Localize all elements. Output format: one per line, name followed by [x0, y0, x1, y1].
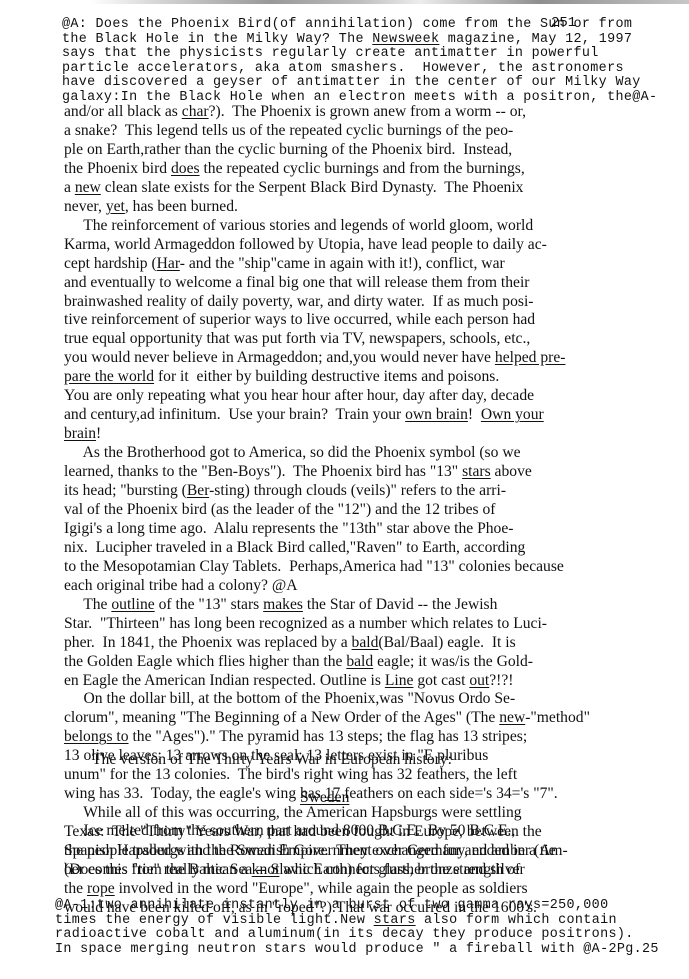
- text-line: radioactive cobalt and aluminum(in its d…: [55, 928, 634, 943]
- text-line: ple on Earth,rather than the cyclic burn…: [64, 141, 512, 160]
- text-line: never, yet, has been burned.: [64, 198, 238, 217]
- text-line: brainwashed reality of daily poverty, wa…: [64, 293, 534, 312]
- text-line: times the energy of visible light.New st…: [55, 914, 617, 929]
- text-line: Ice melted from the southern part around…: [64, 822, 515, 841]
- text-line: Igigi's a long time ago. Alalu represent…: [64, 520, 513, 539]
- text-line: pher. In 1841, the Phoenix was replaced …: [64, 634, 516, 653]
- text-line: and eventually to welcome a final big on…: [64, 274, 529, 293]
- text-line: The reinforcement of various stories and…: [64, 217, 533, 236]
- text-line: true equal opportunity that was put fort…: [64, 330, 530, 349]
- text-line: ber comes from the Baltic Sea -- Slavic …: [64, 861, 525, 880]
- text-line: Star. "Thirteen" has long been recognize…: [64, 615, 547, 634]
- text-line: You are only repeating what you hear hou…: [64, 387, 534, 406]
- text-line: In space merging neutron stars would pro…: [55, 943, 659, 958]
- text-line: have discovered a geyser of antimatter i…: [62, 76, 641, 91]
- text-line: pare the world for it either by building…: [64, 368, 499, 387]
- text-line: tive reinforcement of superior ways to l…: [64, 311, 535, 330]
- text-line: learned, thanks to the "Ben-Boys"). The …: [64, 463, 532, 482]
- text-line: the Phoenix bird does the repeated cycli…: [64, 160, 525, 179]
- text-line: and/or all black as char?). The Phoenix …: [64, 103, 526, 122]
- text-line: @A: Does the Phoenix Bird(of annihilatio…: [62, 18, 632, 33]
- text-line: clorum", meaning "The Beginning of a New…: [64, 709, 590, 728]
- text-line: each original tribe had a colony? @A: [64, 577, 297, 596]
- text-line: the people traded with the Roman Empire.…: [64, 842, 568, 861]
- text-line: says that the physicists regularly creat…: [62, 47, 599, 62]
- text-line: The outline of the "13" stars makes the …: [64, 596, 497, 615]
- text-line: @A-1:two annihilate instantly in a burst…: [55, 899, 608, 914]
- text-line: the Black Hole in the Milky Way? The New…: [62, 33, 632, 48]
- text-line: val of the Phoenix bird (as the leader o…: [64, 501, 495, 520]
- text-line: the Golden Eagle which flies higher than…: [64, 653, 533, 672]
- text-line: cept hardship (Har- and the "ship"came i…: [64, 255, 505, 274]
- text-line: you would never believe in Armageddon; a…: [64, 349, 565, 368]
- text-line: As the Brotherhood got to America, so di…: [64, 444, 521, 463]
- text-line: brain!: [64, 425, 101, 444]
- scan-artifact-bar: [90, 0, 689, 4]
- text-line: nix. Lucipher traveled in a Black Bird c…: [64, 539, 525, 558]
- text-line: belongs to the "Ages")." The pyramid has…: [64, 728, 527, 747]
- section-heading: Sweden: [300, 789, 349, 807]
- text-line: the rope involved in the word "Europe", …: [64, 880, 528, 899]
- text-line: to the Mesopotamian Clay Tablets. Perhap…: [64, 558, 564, 577]
- text-line: its head; "bursting (Ber-sting) through …: [64, 482, 506, 501]
- text-line: en Eagle the American Indian respected. …: [64, 672, 513, 691]
- text-line: Karma, world Armageddon followed by Utop…: [64, 236, 547, 255]
- text-line: The version of The Thirty Years War in E…: [92, 751, 452, 770]
- text-line: and century,ad infinitum. Use your brain…: [64, 406, 544, 425]
- text-line: a snake? This legend tells us of the rep…: [64, 122, 513, 141]
- text-line: On the dollar bill, at the bottom of the…: [64, 690, 515, 709]
- text-line: While all of this was occurring, the Ame…: [64, 804, 522, 823]
- text-line: a new clean slate exists for the Serpent…: [64, 179, 523, 198]
- text-line: particle accelerators, aka atom smashers…: [62, 62, 624, 77]
